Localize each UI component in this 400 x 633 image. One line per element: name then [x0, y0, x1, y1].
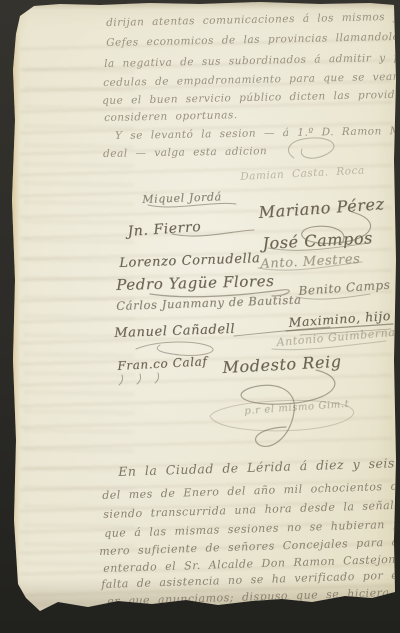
manuscript-photo: dirijan atentas comunicaciones á los mis…: [0, 0, 400, 633]
body-top-line: dirijan atentas comunicaciones á los mis…: [106, 9, 400, 29]
paper-top-shadow: [0, 0, 400, 10]
paper-tanned-edge: [6, 0, 20, 633]
signature: Miquel Jordá: [142, 190, 222, 206]
manuscript-page: dirijan atentas comunicaciones á los mis…: [0, 0, 400, 633]
